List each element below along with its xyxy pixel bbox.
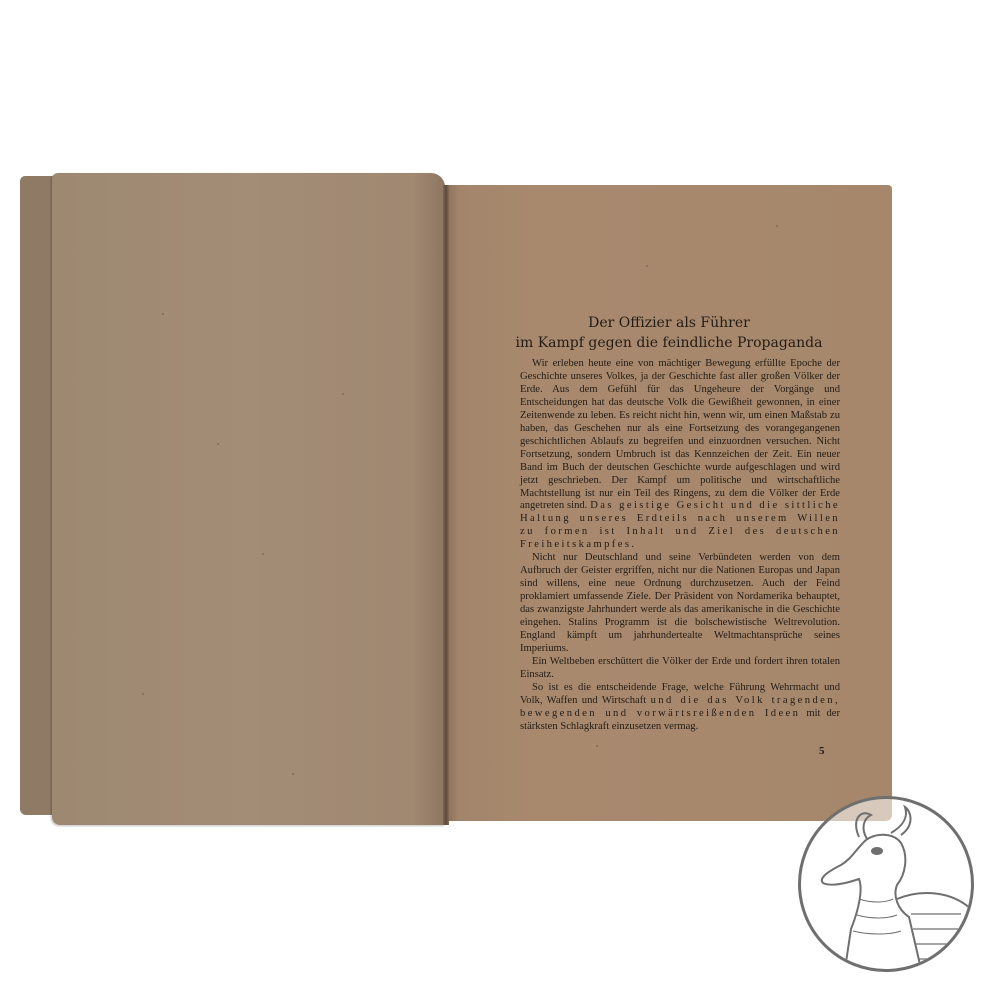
chapter-title: Der Offizier als Führer im Kampf gegen d… (446, 313, 892, 353)
paragraph-3: Ein Weltbeben erschüttert die Völker der… (520, 656, 840, 682)
chapter-title-line-1: Der Offizier als Führer (446, 313, 892, 333)
chapter-body: Wir erleben heute eine von mächtiger Bew… (520, 358, 840, 734)
paragraph-4: So ist es die entscheidende Frage, welch… (520, 682, 840, 734)
page-number: 5 (819, 745, 825, 757)
paragraph-1: Wir erleben heute eine von mächtiger Bew… (520, 358, 840, 552)
horned-duck-logo-icon (798, 796, 974, 972)
chapter-title-line-2: im Kampf gegen die feindliche Propaganda (446, 333, 892, 353)
duck-icon (801, 799, 971, 969)
left-page-blank (52, 173, 445, 825)
book-gutter (443, 185, 449, 825)
paragraph-2: Nicht nur Deutschland und seine Verbünde… (520, 552, 840, 656)
